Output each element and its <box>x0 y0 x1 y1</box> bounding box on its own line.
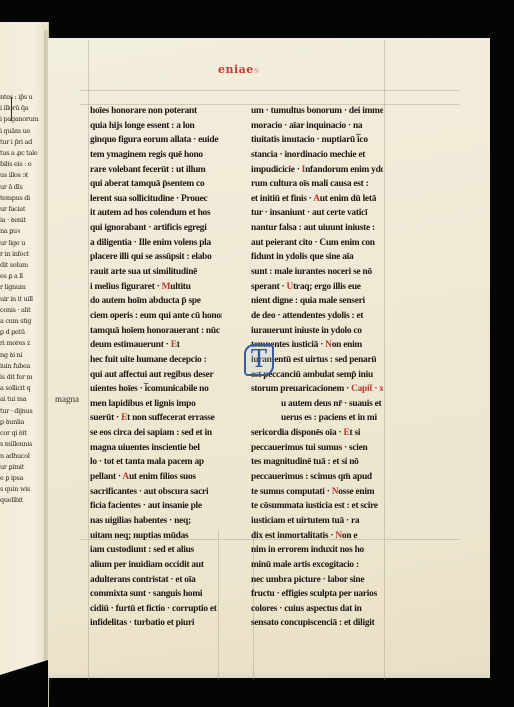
left-page: ntes : ip̄s ui illorū q̄ai paganorumi qu… <box>0 22 49 707</box>
text-line: moracio · aīar inquinacio · na <box>251 119 383 134</box>
text-line: sensato concupiscenciā : et diligit <box>251 616 383 631</box>
margin-note: magna <box>55 394 79 404</box>
left-page-line: a sollicit q <box>0 383 44 394</box>
left-page-line: quelibit <box>0 495 44 506</box>
left-page-line: na ꝑuꝛ <box>0 226 44 237</box>
text-line: um · tumultus bonorum · dei imme <box>251 104 383 119</box>
rubricated-text: N <box>325 340 332 350</box>
text-line: qui ignorabant · artificis egregi <box>90 221 222 236</box>
text-line: cidiū · furtū et fictio · corruptio et <box>90 602 222 617</box>
text-line: sperant · Utraq; ergo illis eue <box>251 280 383 295</box>
text-line: nient digne : quia male senseri <box>251 294 383 309</box>
left-page-line: a cum stig <box>0 316 44 327</box>
text-line: men lapidibus et lignis impo <box>90 397 222 412</box>
text-line: tamquā hoīem honorauerant : nūc <box>90 324 222 339</box>
text-line: i melius figuraret · Multitu <box>90 280 222 295</box>
left-page-line: ia · ꝺenit <box>0 215 44 226</box>
text-line: ciem operis : eum qui ante cū honore <box>90 309 222 324</box>
text-line: storum preuaricacionem · Capit̄ · xv <box>251 382 383 397</box>
text-line: adulterans contristat · et oīa <box>90 573 222 588</box>
left-page-line: ai tui ma <box>0 394 44 405</box>
left-page-line: ur faciat <box>0 204 44 215</box>
text-line: iusticiam et uirtutem tuā · ra <box>251 514 383 529</box>
text-line: uerus es : paciens et in mi <box>251 411 383 426</box>
text-line: fructu · effigies sculpta per uarios <box>251 587 383 602</box>
text-line: a diligentia · Ille enim volens pla <box>90 236 222 251</box>
rubricated-text: U <box>287 282 294 292</box>
left-page-line: is dit fer m <box>0 372 44 383</box>
left-page-line: tus a ꝓc tale <box>0 148 44 159</box>
rubricated-text: N <box>335 531 342 541</box>
rubricated-text: N <box>332 487 339 497</box>
catchword: · · · · · · · · · · · · · · · <box>114 545 171 551</box>
left-page-line: i illorū q̄a <box>0 103 44 114</box>
text-line: fidunt in ydolis que sine aīa <box>251 250 383 265</box>
text-line: lo · tot et tanta mala pacem ap <box>90 455 222 470</box>
ruling-left <box>88 40 89 680</box>
rubricated-text: E <box>121 413 127 423</box>
rubricated-text: E <box>343 428 349 438</box>
text-line: quia hijs longe essent : a lon <box>90 119 222 134</box>
left-page-line: ur lige u <box>0 238 44 249</box>
illuminated-initial: T <box>244 344 274 376</box>
text-line: qui aberat tamquā p̄sentem co <box>90 177 222 192</box>
left-page-line: ꝑ ꝺunlia <box>0 417 44 428</box>
text-line: de deo · attendentes ydolis : et <box>251 309 383 324</box>
text-line: tur · insaniunt · aut certe vaticī <box>251 206 383 221</box>
left-page-line: n adhucol <box>0 451 44 462</box>
text-line: commixta sunt · sanguis homi <box>90 587 222 602</box>
text-line: iurauerunt iniuste in ydolo co <box>251 324 383 339</box>
text-line: peccauerimus : scimus qm̄ apud <box>251 470 383 485</box>
left-page-line: uir in it uill <box>0 294 44 305</box>
left-page-line: tempus di <box>0 193 44 204</box>
left-page-line: i paganorum <box>0 114 44 125</box>
rubricated-text: A <box>122 472 129 482</box>
rubricated-text: A <box>313 194 320 204</box>
left-page-line: ntes : ip̄s u <box>0 92 44 103</box>
left-page-line: bilis eis : o <box>0 159 44 170</box>
text-line: colores · cuius aspectus dat in <box>251 602 383 617</box>
text-line: lerent sua sollicitudine · Prouec <box>90 192 222 207</box>
text-line: stancia · inordinacio mechie et <box>251 148 383 163</box>
text-line: deum estimauerunt · Et <box>90 338 222 353</box>
left-page-line: ri mores z <box>0 338 44 349</box>
text-line: dix est inmortalitatis · Non e <box>251 529 383 544</box>
text-line: qui aut affectui aut regibus deser <box>90 368 222 383</box>
left-page-line: e ꝑ ipsa <box>0 473 44 484</box>
text-line: rare volebant fecerūt : ut illum <box>90 163 222 178</box>
left-page-line: ꝑ d ꝑetū <box>0 327 44 338</box>
text-line: u autem deus nr̄ · suauis et <box>251 397 383 412</box>
left-page-line: r lignum <box>0 282 44 293</box>
left-page-line: tur i p̄ri ad <box>0 137 44 148</box>
left-page-line: es ꝑ a ll <box>0 271 44 282</box>
text-line: it autem ad hos colendum et hos <box>90 206 222 221</box>
text-line: tem ymaginem regis quē hono <box>90 148 222 163</box>
text-line: aut peierant cito · Cum enim con <box>251 236 383 251</box>
text-line: te cōsummata iusticia est : et scire <box>251 499 383 514</box>
text-line: nas uigilias habentes · neq; <box>90 514 222 529</box>
text-line: placere illi qui se assūpsit : elabo <box>90 250 222 265</box>
text-line: tiuitatis imutacio · nuptiarū i̅co <box>251 133 383 148</box>
text-line: nec umbra picture · labor sine <box>251 573 383 588</box>
rubricated-text: M <box>162 282 171 292</box>
left-page-text: ntes : ip̄s ui illorū q̄ai paganorumi qu… <box>0 92 44 562</box>
ruling-top <box>80 90 460 91</box>
text-line: alium per inuidiam occidit aut <box>90 558 222 573</box>
left-page-line: ur ꝑimit <box>0 462 44 473</box>
text-line: minū male artis excogitacio : <box>251 558 383 573</box>
left-page-line: conis · alit <box>0 305 44 316</box>
text-line: tes magnitudinē tuā : et si nō <box>251 455 383 470</box>
left-page-line: ng ꝺi ni <box>0 350 44 361</box>
text-line: uitam neq; nuptias mūdas <box>90 529 222 544</box>
left-page-line: i quām ue <box>0 126 44 137</box>
text-line: hec fuit uite humane decepcio : <box>90 353 222 368</box>
text-line: sericordia disponēs oīa · Et si <box>251 426 383 441</box>
running-header-superscript: s <box>254 66 260 76</box>
running-header: eniaes <box>218 63 259 76</box>
left-page-line: r in infect <box>0 249 44 260</box>
text-line: hoīes honorare non poterant <box>90 104 222 119</box>
text-column-left: hoīes honorare non poterantquia hijs lon… <box>90 104 222 631</box>
left-page-line: dit solum <box>0 260 44 271</box>
ruling-right <box>384 40 385 680</box>
text-line: nim in errorem induxit nos ho <box>251 543 383 558</box>
text-line: ficia facientes · aut insanie ple <box>90 499 222 514</box>
left-page-line: us illos ↄt <box>0 170 44 181</box>
left-page-line: cor qi ꝺit <box>0 428 44 439</box>
text-line: uientes hoīes · i̅comunicabile no <box>90 382 222 397</box>
text-line: te sumus computati · Nosse enim <box>251 485 383 500</box>
text-line: et initiū et finis · Aut enim dū letā <box>251 192 383 207</box>
text-line: do autem hoīm abducta p̄ spe <box>90 294 222 309</box>
text-line: peccauerimus tui sumus · scien <box>251 441 383 456</box>
text-line: magna uiuentes inscientie bel <box>90 441 222 456</box>
rubricated-text: I <box>302 165 305 175</box>
text-line: sacrificantes · aut obscura sacri <box>90 485 222 500</box>
text-line: ginquo figura eorum allata · euide <box>90 133 222 148</box>
text-line: pellant · Aut enim filios suos <box>90 470 222 485</box>
text-line: impudicicie · Infandorum enim ydolo <box>251 163 383 178</box>
text-line: suerūt · Et non suffecerat errasse <box>90 411 222 426</box>
left-page-line: ur ā dīs <box>0 182 44 193</box>
left-page-line: s quin wis <box>0 484 44 495</box>
running-header-text: eniae <box>218 63 254 76</box>
text-line: sunt : male iurantes noceri se nō <box>251 265 383 280</box>
text-line: rauit arte sua ut similitudinē <box>90 265 222 280</box>
left-page-line: s millennis <box>0 439 44 450</box>
rubricated-text: E <box>171 340 177 350</box>
text-line: nantur falsa : aut uiuunt iniuste : <box>251 221 383 236</box>
left-page-line: tur · dijnus <box>0 406 44 417</box>
rubricated-text: Capit̄ · xv <box>351 384 383 394</box>
left-page-line: iuin fubea <box>0 361 44 372</box>
text-line: infidelitas · turbatio et piuri <box>90 616 222 631</box>
text-line: se eos circa dei sapiam : sed et in <box>90 426 222 441</box>
text-line: rum cultura oīs mali causa est : <box>251 177 383 192</box>
